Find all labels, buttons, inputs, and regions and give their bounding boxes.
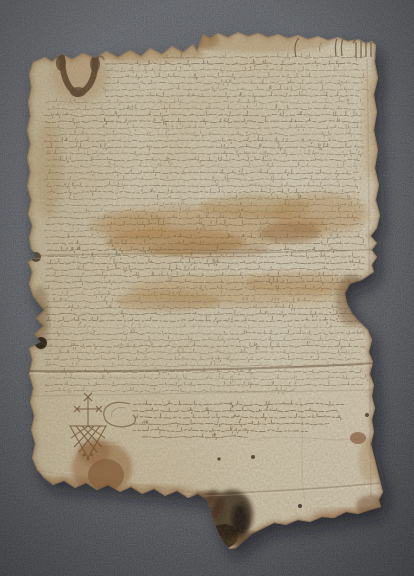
screenshot-root — [0, 0, 414, 576]
parchment-photo — [0, 0, 414, 576]
